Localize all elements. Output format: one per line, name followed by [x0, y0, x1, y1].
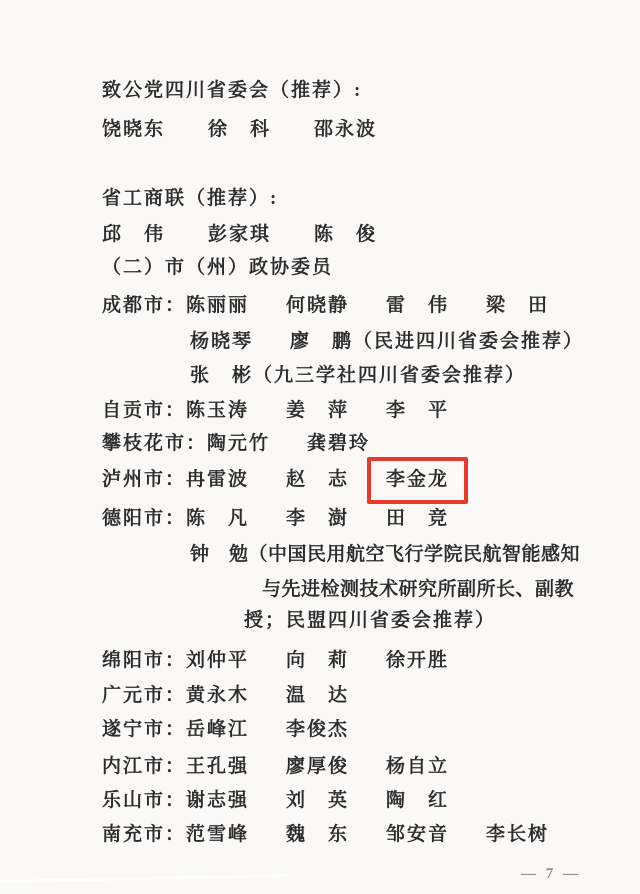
member-name: 陈 俊	[314, 223, 377, 246]
member-name: 廖厚俊	[286, 755, 386, 778]
city-label: 遂宁市：	[102, 718, 186, 741]
member-name: 陈玉涛	[186, 399, 286, 422]
member-name: 冉雷波	[186, 468, 286, 504]
city-label: 自贡市：	[102, 399, 186, 422]
page-number: — 7 —	[521, 866, 581, 883]
member-name: 姜 萍	[286, 399, 386, 422]
city-row: 成都市： 陈丽丽 何晓静 雷 伟 梁 田	[0, 294, 640, 317]
member-name: 廖 鹏（民进四川省委会推荐）	[290, 330, 584, 353]
section-heading: （二）市（州）政协委员	[0, 256, 640, 279]
member-name: 邹安音	[386, 823, 486, 846]
city-row: 遂宁市： 岳峰江 李俊杰	[0, 718, 640, 741]
member-name: 陈丽丽	[186, 294, 286, 317]
member-name: 何晓静	[286, 294, 386, 317]
city-label: 攀枝花市：	[102, 432, 207, 455]
group-header: 省工商联（推荐）:	[0, 187, 640, 210]
member-name: 范雪峰	[186, 823, 286, 846]
group-header-text: 致公党四川省委会（推荐）:	[102, 79, 362, 102]
city-row: 自贡市： 陈玉涛 姜 萍 李 平	[0, 399, 640, 422]
member-name: 梁 田	[486, 294, 549, 317]
member-name: 彭家琪	[208, 223, 314, 246]
member-name: 刘 英	[286, 789, 386, 812]
member-name: 邵永波	[314, 118, 377, 141]
member-name: 杨晓琴	[190, 330, 290, 353]
member-name: 岳峰江	[186, 718, 286, 741]
note-text: 与先进检测技术研究所副所长、副教	[262, 578, 574, 601]
city-row: 绵阳市： 刘仲平 向 莉 徐开胜	[0, 649, 640, 672]
member-name: 陶 红	[386, 789, 449, 812]
member-name: 杨自立	[386, 755, 449, 778]
city-row: 德阳市： 陈 凡 李 澍 田 竞	[0, 507, 640, 530]
city-row: 攀枝花市： 陶元竹 龚碧玲	[0, 432, 640, 455]
member-name: 谢志强	[186, 789, 286, 812]
member-name: 李长树	[486, 823, 549, 846]
member-name: 张 彬（九三学社四川省委会推荐）	[190, 364, 526, 387]
city-label: 德阳市：	[102, 507, 186, 530]
member-name: 魏 东	[286, 823, 386, 846]
member-name: 刘仲平	[186, 649, 286, 672]
scan-artifact-line	[0, 874, 288, 883]
document-page: 致公党四川省委会（推荐）: 饶晓东 徐 科 邵永波 省工商联（推荐）: 邱 伟 …	[0, 0, 640, 894]
city-label: 绵阳市：	[102, 649, 186, 672]
city-row: 乐山市： 谢志强 刘 英 陶 红	[0, 789, 640, 812]
member-name: 陶元竹	[207, 432, 307, 455]
member-names-row: 邱 伟 彭家琪 陈 俊	[0, 223, 640, 246]
member-name: 雷 伟	[386, 294, 486, 317]
group-header: 致公党四川省委会（推荐）:	[0, 79, 640, 102]
member-name: 徐开胜	[386, 649, 449, 672]
member-name: 李 平	[386, 399, 449, 422]
member-name: 邱 伟	[102, 223, 208, 246]
member-name: 向 莉	[286, 649, 386, 672]
continuation-row: 授；民盟四川省委会推荐）	[0, 609, 640, 632]
member-name-with-note: 钟 勉（中国民用航空飞行学院民航智能感知	[190, 543, 580, 566]
member-name: 陈 凡	[186, 507, 286, 530]
city-label: 泸州市：	[102, 468, 186, 504]
member-name: 王孔强	[186, 755, 286, 778]
member-name: 龚碧玲	[307, 432, 370, 455]
city-label: 成都市：	[102, 294, 186, 317]
continuation-row: 杨晓琴 廖 鹏（民进四川省委会推荐）	[0, 330, 640, 353]
city-label: 广元市：	[102, 684, 186, 707]
member-name: 黄永木	[186, 684, 286, 707]
highlight-box: 李金龙	[367, 457, 468, 504]
member-name: 李 澍	[286, 507, 386, 530]
city-row: 内江市： 王孔强 廖厚俊 杨自立	[0, 755, 640, 778]
member-names-row: 饶晓东 徐 科 邵永波	[0, 118, 640, 141]
city-row: 南充市： 范雪峰 魏 东 邹安音 李长树	[0, 823, 640, 846]
member-name: 李俊杰	[286, 718, 349, 741]
member-name: 徐 科	[208, 118, 314, 141]
city-label: 乐山市：	[102, 789, 186, 812]
group-header-text: 省工商联（推荐）:	[102, 187, 278, 210]
city-label: 内江市：	[102, 755, 186, 778]
city-row-highlighted: 泸州市： 冉雷波 赵 志 李金龙	[0, 468, 640, 504]
member-name: 饶晓东	[102, 118, 208, 141]
member-name: 温 达	[286, 684, 349, 707]
continuation-row: 张 彬（九三学社四川省委会推荐）	[0, 364, 640, 387]
highlighted-name: 李金龙	[386, 469, 449, 490]
city-row: 广元市： 黄永木 温 达	[0, 684, 640, 707]
continuation-row: 钟 勉（中国民用航空飞行学院民航智能感知	[0, 543, 640, 566]
member-name: 田 竞	[386, 507, 449, 530]
city-label: 南充市：	[102, 823, 186, 846]
continuation-row: 与先进检测技术研究所副所长、副教	[0, 578, 640, 601]
note-text: 授；民盟四川省委会推荐）	[244, 609, 496, 632]
section-heading-text: （二）市（州）政协委员	[102, 256, 333, 279]
